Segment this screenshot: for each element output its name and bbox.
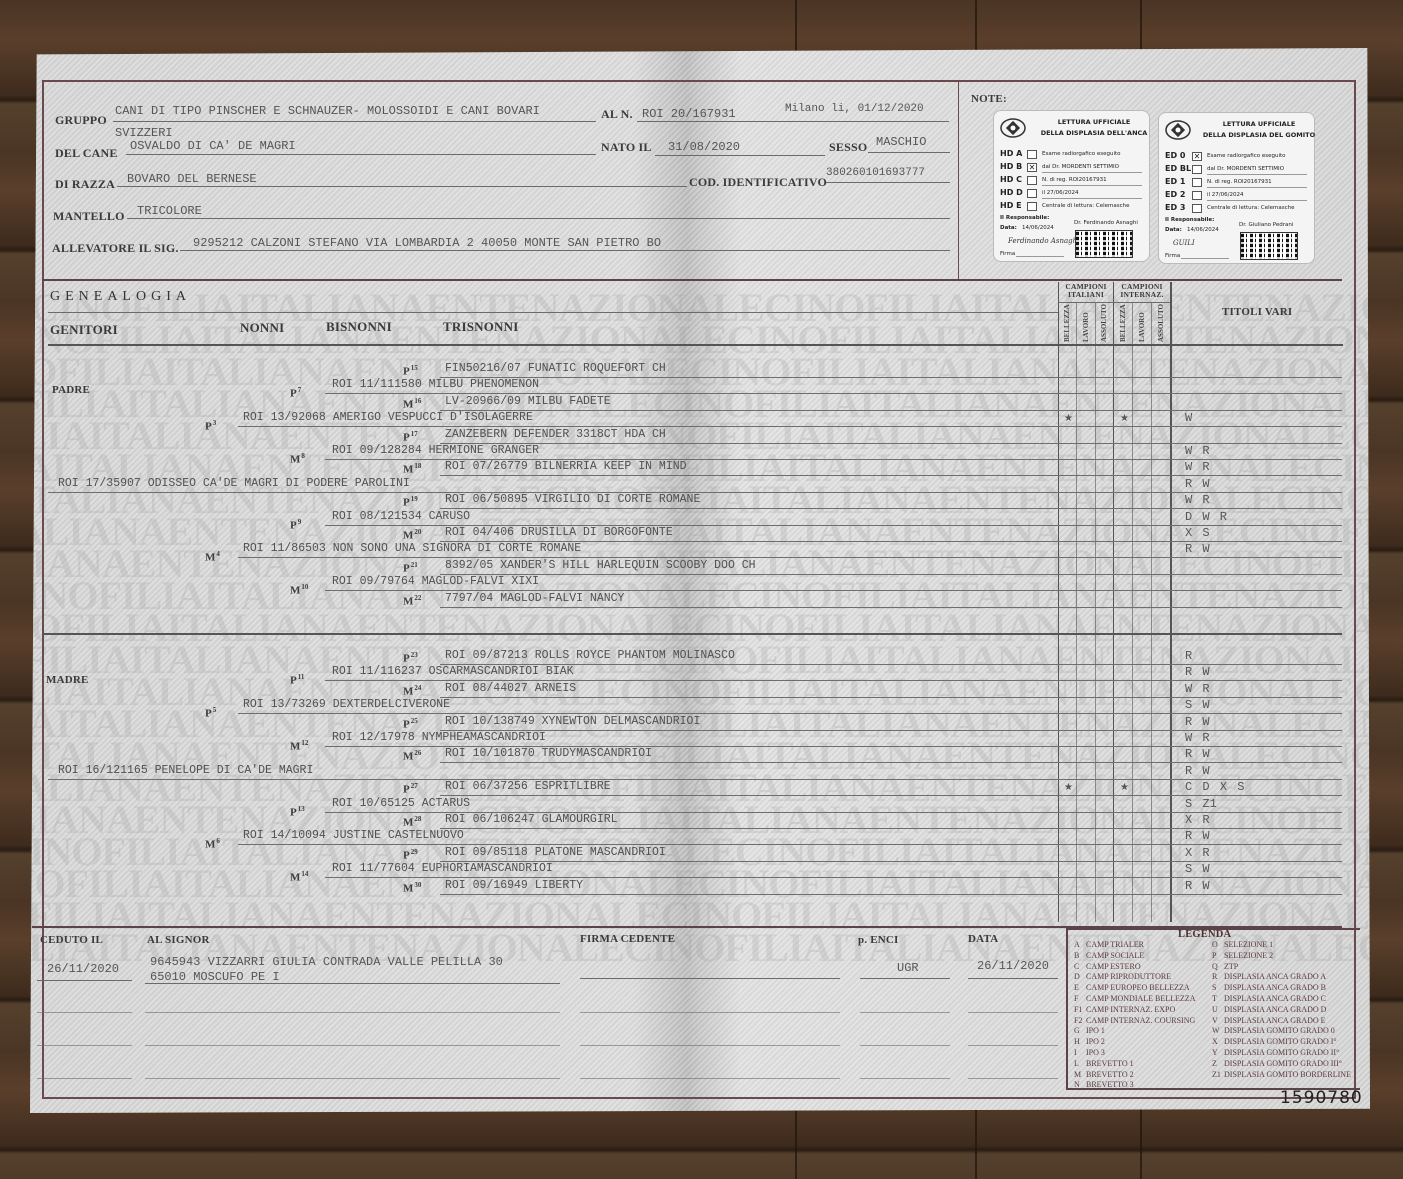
firma-cedente-label: FIRMA CEDENTE	[580, 933, 675, 945]
new-owner-line1: 9645943 VIZZARRI GIULIA CONTRADA VALLE P…	[150, 955, 503, 969]
legend-item: YDISPLASIA GOMITO GRADO II°	[1212, 1048, 1351, 1059]
card-date: 14/06/2024	[1187, 227, 1219, 233]
grade-checkbox	[1027, 150, 1037, 159]
responsabile-name: Dr. Giuliano Pedrani	[1239, 222, 1293, 228]
pedigree-position-marker: M26	[403, 749, 421, 763]
p-enci-label: p. ENCI	[858, 934, 899, 946]
dog-name: OSVALDO DI CA' DE MAGRI	[130, 139, 296, 153]
card-detail-line: Centrale di lettura: Celemasche	[1207, 205, 1295, 211]
microchip-code: 380260101693777	[826, 167, 925, 179]
note-label: NOTE:	[971, 93, 1007, 105]
card-date-label: Data:	[1000, 225, 1017, 231]
breeder-value: 9295212 CALZONI STEFANO VIA LOMBARDIA 2 …	[193, 236, 661, 250]
ancestor-name: LV-20966/09 MILBU FADETE	[445, 395, 611, 408]
pedigree-position-marker: M12	[290, 739, 308, 753]
titoli-vari-cell: S W	[1185, 698, 1210, 712]
legend-item: SDISPLASIA ANCA GRADO B	[1212, 983, 1351, 994]
ancestor-name: ROI 04/406 DRUSILLA DI BORGOFONTE	[445, 526, 673, 539]
firma-label: Firma	[1165, 253, 1180, 259]
footer-date: 26/11/2020	[977, 959, 1049, 973]
nato-il-label: NATO IL	[601, 140, 652, 155]
grade-label: HD E	[1000, 201, 1022, 210]
grade-label: HD B	[1000, 162, 1022, 171]
ancestor-name: ROI 11/77604 EUPHORIAMASCANDRIOI	[332, 862, 553, 875]
ancestor-name: ROI 09/16949 LIBERTY	[445, 879, 583, 892]
grade-checkbox	[1027, 202, 1037, 211]
card-detail-line: N. di reg. ROI20167931	[1207, 179, 1272, 185]
legend-item: NBREVETTO 3	[1074, 1080, 1195, 1091]
col-int-lavoro: LAVORO	[1138, 306, 1146, 342]
p-enci-value: UGR	[897, 961, 919, 975]
al-n-label: AL N.	[601, 107, 633, 122]
coat-value: TRICOLORE	[137, 204, 202, 218]
legend-item: HIPO 2	[1074, 1037, 1195, 1048]
ancestor-name: ROI 09/87213 ROLLS ROYCE PHANTOM MOLINAS…	[445, 649, 735, 662]
titoli-vari-cell: R W	[1185, 477, 1210, 491]
sesso-label: SESSO	[829, 140, 867, 155]
ancestor-name: ROI 11/111580 MILBU PHENOMENON	[332, 378, 539, 391]
legend-item: OSELEZIONE 1	[1212, 940, 1351, 951]
titoli-vari-cell: W R	[1185, 682, 1210, 696]
ancestor-name: ROI 11/86503 NON SONO UNA SIGNORA DI COR…	[243, 542, 581, 555]
ancestor-name: ROI 16/121165 PENELOPE DI CA'DE MAGRI	[58, 764, 313, 777]
titoli-vari-cell: R W	[1185, 542, 1210, 556]
datamatrix-code-icon	[1241, 233, 1297, 259]
legend-item: LBREVETTO 1	[1074, 1059, 1195, 1070]
pedigree-position-marker: P21	[403, 561, 418, 575]
legend-item: WDISPLASIA GOMITO GRADO 0	[1212, 1026, 1351, 1037]
titoli-vari-cell: R W	[1185, 665, 1210, 679]
pedigree-position-marker: M24	[403, 684, 421, 698]
grade-checkbox: ✕	[1192, 152, 1202, 161]
titoli-vari-cell: W R	[1185, 731, 1210, 745]
ancestor-name: 8392/05 XANDER'S HILL HARLEQUIN SCOOBY D…	[445, 559, 756, 572]
titoli-vari-cell: S Z1	[1185, 797, 1217, 811]
grade-label: HD A	[1000, 149, 1022, 158]
campioni-italiani-header: CAMPIONI ITALIANI	[1060, 283, 1112, 299]
legend-item: BCAMP SOCIALE	[1074, 951, 1195, 962]
grade-label: ED 3	[1165, 203, 1185, 212]
grade-checkbox	[1027, 176, 1037, 185]
ancestor-name: ROI 10/101870 TRUDYMASCANDRIOI	[445, 747, 652, 760]
card-detail-line: Esame radiorgafico eseguito	[1207, 153, 1286, 159]
pedigree-position-marker: P19	[403, 495, 418, 509]
pedigree-position-marker: M6	[205, 837, 220, 851]
signature: Ferdinando Asnaghi	[1008, 237, 1079, 245]
legend-item: GIPO 1	[1074, 1026, 1195, 1037]
pedigree-position-marker: P11	[290, 673, 304, 687]
pedigree-position-marker: M22	[403, 594, 421, 608]
pedigree-position-marker: M10	[290, 583, 308, 597]
registration-number: ROI 20/167931	[642, 107, 736, 121]
pedigree-position-marker: M30	[403, 881, 421, 895]
new-owner-line2: 65010 MOSCUFO PE I	[150, 970, 280, 984]
ancestor-name: ROI 06/106247 GLAMOURGIRL	[445, 813, 618, 826]
ancestor-name: ROI 09/79764 MAGLOD-FALVI XIXI	[332, 575, 539, 588]
grade-checkbox	[1027, 189, 1037, 198]
grade-checkbox	[1192, 204, 1202, 213]
pedigree-position-marker: M16	[403, 397, 421, 411]
card-detail-line: il 27/06/2024	[1207, 192, 1244, 198]
pedigree-position-marker: P7	[290, 386, 301, 400]
titoli-vari-cell: C D X S	[1185, 780, 1244, 794]
document-serial-number: 1590780	[1280, 1088, 1363, 1108]
ancestor-name: ROI 17/35907 ODISSEO CA'DE MAGRI DI PODE…	[58, 477, 410, 490]
legend-item: XDISPLASIA GOMITO GRADO I°	[1212, 1037, 1351, 1048]
legend-item: ZDISPLASIA GOMITO GRADO III°	[1212, 1059, 1351, 1070]
legend-item: DCAMP RIPRODUTTORE	[1074, 972, 1195, 983]
legend-item: Z1DISPLASIA GOMITO BORDERLINE	[1212, 1070, 1351, 1081]
titoli-vari-cell: W R	[1185, 460, 1210, 474]
column-genitori: GENITORI	[50, 322, 118, 338]
pedigree-position-marker: M8	[290, 452, 305, 466]
col-int-bellezza: BELLEZZA	[1119, 306, 1127, 342]
grade-checkbox	[1192, 178, 1202, 187]
column-trisnonni: TRISNONNI	[443, 319, 518, 335]
allevatore-label: ALLEVATORE IL SIG.	[52, 241, 179, 256]
grade-label: ED 1	[1165, 177, 1185, 186]
datamatrix-code-icon	[1076, 231, 1132, 257]
titoli-vari-cell: S W	[1185, 862, 1210, 876]
grade-label: ED 2	[1165, 190, 1185, 199]
grade-label: HD D	[1000, 188, 1023, 197]
legend-left-column: ACAMP TRIALERBCAMP SOCIALECCAMP ESTERODC…	[1074, 940, 1195, 1091]
ceduto-il-label: CEDUTO IL	[40, 934, 103, 946]
card-title: LETTURA UFFICIALEDELLA DISPLASIA DELL'AN…	[1034, 117, 1154, 139]
pedigree-position-marker: P5	[205, 706, 216, 720]
card-title: LETTURA UFFICIALEDELLA DISPLASIA DEL GOM…	[1199, 119, 1319, 141]
star-icon: ★	[1064, 782, 1073, 793]
legend-item: IIPO 3	[1074, 1048, 1195, 1059]
titoli-vari-cell: R W	[1185, 829, 1210, 843]
pedigree-position-marker: P13	[290, 805, 305, 819]
mantello-label: MANTELLO	[53, 209, 125, 224]
document-content: GRUPPO CANI DI TIPO PINSCHER E SCHNAUZER…	[0, 0, 1403, 1179]
pedigree-position-marker: P23	[403, 651, 418, 665]
titoli-vari-cell: X R	[1185, 846, 1210, 860]
ancestor-name: ROI 06/50895 VIRGILIO DI CORTE ROMANE	[445, 493, 700, 506]
hip-dysplasia-sticker: LETTURA UFFICIALEDELLA DISPLASIA DELL'AN…	[993, 110, 1150, 262]
ancestor-name: ROI 09/128284 HERMIONE GRANGER	[332, 444, 539, 457]
ancestor-name: ROI 06/37256 ESPRITLIBRE	[445, 780, 611, 793]
gruppo-label: GRUPPO	[55, 113, 107, 128]
ancestor-name: ZANZEBERN DEFENDER 3318CT HDA CH	[445, 428, 666, 441]
ancestor-name: ROI 09/85118 PLATONE MASCANDRIOI	[445, 846, 666, 859]
responsabile-label: Il Responsabile:	[1000, 215, 1049, 221]
grade-label: ED 0	[1165, 151, 1185, 160]
card-detail-line: Centrale di lettura: Celemasche	[1042, 203, 1130, 209]
col-it-bellezza: BELLEZZA	[1063, 306, 1071, 342]
ancestor-name: ROI 11/116237 OSCARMASCANDRIOI BIAK	[332, 665, 574, 678]
ancestor-name: ROI 07/26779 BILNERRIA KEEP IN MIND	[445, 460, 687, 473]
data-label: DATA	[968, 933, 998, 945]
column-nonni: NONNI	[240, 320, 284, 336]
legend-item: RDISPLASIA ANCA GRADO A	[1212, 972, 1351, 983]
ancestor-name: ROI 08/121534 CARUSO	[332, 510, 470, 523]
titoli-vari-cell: W R	[1185, 444, 1210, 458]
pedigree-position-marker: M14	[290, 870, 308, 884]
ancestor-name: ROI 10/65125 ACTARUS	[332, 797, 470, 810]
cod-identificativo-label: COD. IDENTIFICATIVO	[689, 175, 827, 190]
col-it-assoluto: ASSOLUTO	[1100, 306, 1108, 342]
card-date: 14/06/2024	[1022, 225, 1054, 231]
breed-value: BOVARO DEL BERNESE	[127, 172, 257, 186]
pedigree-position-marker: P17	[403, 430, 418, 444]
birth-date: 31/08/2020	[668, 140, 740, 154]
card-detail-line: dal Dr. MORDENTI SETTIMIO	[1042, 164, 1119, 170]
pedigree-position-marker: P3	[205, 419, 216, 433]
signature: GUILI	[1173, 239, 1195, 247]
legend-item: TDISPLASIA ANCA GRADO C	[1212, 994, 1351, 1005]
enci-logo-icon	[1165, 119, 1191, 141]
legend-item: F2CAMP INTERNAZ. COURSING	[1074, 1016, 1195, 1027]
legend-item: MBREVETTO 2	[1074, 1070, 1195, 1081]
star-icon: ★	[1064, 413, 1073, 424]
legend-item: VDISPLASIA ANCA GRADO E	[1212, 1016, 1351, 1027]
titoli-vari-cell: R	[1185, 649, 1192, 663]
legend-item: PSELEZIONE 2	[1212, 951, 1351, 962]
issue-place-date: Milano li, 01/12/2020	[785, 103, 924, 115]
pedigree-position-marker: P9	[290, 518, 301, 532]
pedigree-position-marker: M4	[205, 550, 220, 564]
al-signor-label: AL SIGNOR	[147, 934, 210, 946]
legend-item: QZTP	[1212, 962, 1351, 973]
star-icon: ★	[1120, 782, 1129, 793]
gruppo-value: CANI DI TIPO PINSCHER E SCHNAUZER- MOLOS…	[115, 104, 540, 118]
gruppo-value-cont: SVIZZERI	[115, 126, 173, 140]
titoli-vari-cell: R W	[1185, 879, 1210, 893]
legend-right-column: OSELEZIONE 1PSELEZIONE 2QZTPRDISPLASIA A…	[1212, 940, 1351, 1080]
grade-label: HD C	[1000, 175, 1022, 184]
responsabile-label: Il Responsabile:	[1165, 217, 1214, 223]
pedigree-position-marker: P15	[403, 364, 418, 378]
enci-logo-icon	[1000, 117, 1026, 139]
responsabile-name: Dr. Ferdinando Asnaghi	[1074, 220, 1138, 226]
padre-label: PADRE	[52, 384, 90, 396]
card-detail-line: N. di reg. ROI20167931	[1042, 177, 1107, 183]
transfer-date: 26/11/2020	[47, 962, 119, 976]
legend-item: ECAMP EUROPEO BELLEZZA	[1074, 983, 1195, 994]
titoli-vari-cell: W R	[1185, 493, 1210, 507]
di-razza-label: DI RAZZA	[55, 177, 115, 192]
legend-item: ACAMP TRIALER	[1074, 940, 1195, 951]
firma-label: Firma	[1000, 251, 1015, 257]
titoli-vari-cell: R W	[1185, 747, 1210, 761]
genealogia-title: GENEALOGIA	[50, 289, 191, 305]
titoli-vari-cell: X R	[1185, 813, 1210, 827]
grade-checkbox	[1192, 191, 1202, 200]
grade-checkbox: ✕	[1027, 163, 1037, 172]
pedigree-position-marker: P29	[403, 848, 418, 862]
titoli-vari-cell: R W	[1185, 715, 1210, 729]
titoli-vari-cell: X S	[1185, 526, 1210, 540]
elbow-dysplasia-sticker: LETTURA UFFICIALEDELLA DISPLASIA DEL GOM…	[1158, 112, 1315, 264]
campioni-internaz-header: CAMPIONI INTERNAZ.	[1115, 283, 1169, 299]
del-cane-label: DEL CANE	[55, 146, 118, 161]
column-bisnonni: BISNONNI	[326, 319, 392, 335]
ancestor-name: ROI 08/44027 ARNEIS	[445, 682, 576, 695]
sex-value: MASCHIO	[876, 135, 926, 149]
legend-item: CCAMP ESTERO	[1074, 962, 1195, 973]
col-it-lavoro: LAVORO	[1082, 306, 1090, 342]
ancestor-name: ROI 13/73269 DEXTERDELCIVERONE	[243, 698, 450, 711]
card-detail-line: il 27/06/2024	[1042, 190, 1079, 196]
ancestor-name: ROI 14/10094 JUSTINE CASTELNUOVO	[243, 829, 464, 842]
card-detail-line: dal Dr. MORDENTI SETTIMIO	[1207, 166, 1284, 172]
legend-item: F1CAMP INTERNAZ. EXPO	[1074, 1005, 1195, 1016]
grade-checkbox	[1192, 165, 1202, 174]
titoli-vari-cell: R W	[1185, 764, 1210, 778]
ancestor-name: 7797/04 MAGLOD-FALVI NANCY	[445, 592, 624, 605]
titoli-vari-cell: W	[1185, 411, 1192, 425]
madre-label: MADRE	[46, 674, 89, 686]
pedigree-position-marker: M18	[403, 462, 421, 476]
legend-item: FCAMP MONDIALE BELLEZZA	[1074, 994, 1195, 1005]
titoli-vari-header: TITOLI VARI	[1222, 306, 1292, 318]
ancestor-name: FIN50216/07 FUNATIC ROQUEFORT CH	[445, 362, 666, 375]
ancestor-name: ROI 10/138749 XYNEWTON DELMASCANDRIOI	[445, 715, 700, 728]
ancestor-name: ROI 12/17978 NYMPHEAMASCANDRIOI	[332, 731, 546, 744]
grade-label: ED BL	[1165, 164, 1191, 173]
pedigree-position-marker: P25	[403, 717, 418, 731]
ancestor-name: ROI 13/92068 AMERIGO VESPUCCI D'ISOLAGER…	[243, 411, 533, 424]
legend-title: LEGENDA	[1178, 929, 1231, 940]
titoli-vari-cell: D W R	[1185, 510, 1227, 524]
card-detail-line: Esame radiorgafico eseguito	[1042, 151, 1121, 157]
pedigree-position-marker: M28	[403, 815, 421, 829]
star-icon: ★	[1120, 413, 1129, 424]
legend-item: UDISPLASIA ANCA GRADO D	[1212, 1005, 1351, 1016]
col-int-assoluto: ASSOLUTO	[1157, 306, 1165, 342]
pedigree-position-marker: M20	[403, 528, 421, 542]
pedigree-position-marker: P27	[403, 782, 418, 796]
card-date-label: Data:	[1165, 227, 1182, 233]
